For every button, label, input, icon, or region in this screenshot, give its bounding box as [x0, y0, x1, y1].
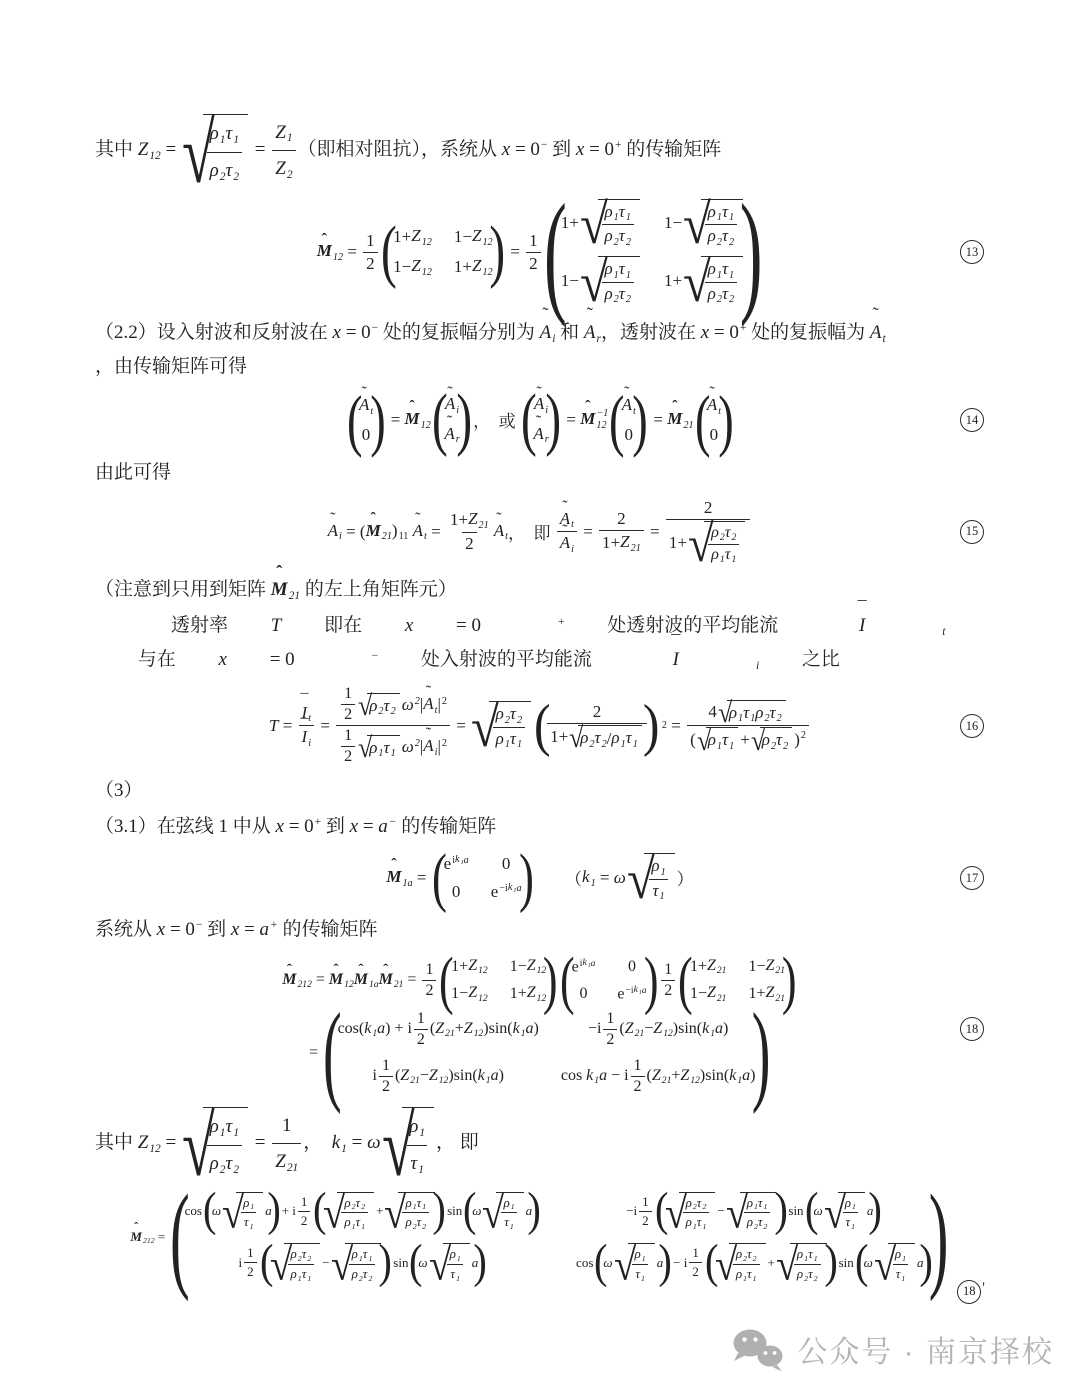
math-token: τ1	[302, 1266, 312, 1283]
math-token: 到	[547, 133, 576, 166]
tilde-accent: ˜	[542, 305, 548, 323]
math-token: ρ2	[344, 1195, 355, 1212]
math-token: 1	[417, 1010, 425, 1028]
math-token: 2	[382, 1078, 390, 1096]
matrix-cell: i12(√ρ2τ2ρ1τ1−√ρ1τ1ρ2τ2)sin(ω√ρ1τ1a)	[238, 1243, 488, 1282]
hat-accent: ˆ	[134, 1221, 138, 1233]
equation-13-content: Mˆ12 = 12(1+Z121−Z121−Z121+Z12) = 12(1+√…	[317, 196, 763, 308]
math-token: A˜i	[423, 736, 437, 758]
tilde-accent: ˜	[415, 511, 420, 527]
math-token: Z12	[468, 984, 488, 1003]
math-token: Mˆ12	[405, 409, 431, 431]
radical-sign: √	[776, 1242, 798, 1287]
square-root: √ρ2τ2	[751, 727, 792, 752]
math-token: τ2	[226, 154, 240, 188]
paragraph-3-heading: （3）	[95, 774, 985, 807]
paren-group: (eik1a00e−ik1a)	[560, 954, 658, 1007]
fraction: 21+√ρ2τ2/ρ1τ1	[547, 702, 647, 750]
paren-group: (eik1a00e−ik1a)	[432, 851, 534, 905]
math-token: 1	[344, 685, 352, 703]
paren-group: (A˜iA˜r)	[432, 391, 472, 448]
math-token: = 0−	[341, 316, 378, 349]
math-token: k1	[586, 1067, 599, 1086]
radical-sign: √	[384, 1191, 406, 1236]
tilde-accent: ˜	[330, 511, 335, 527]
math-token: =	[386, 410, 404, 430]
right-paren: )	[782, 948, 797, 1013]
equation-label-18: 18	[960, 1017, 985, 1041]
math-token: τ1	[743, 703, 755, 725]
math-token: τ2	[356, 1195, 366, 1212]
math-token: Mˆ12	[329, 971, 354, 990]
radical-sign: √	[824, 1191, 846, 1236]
math-token: ρ1	[611, 728, 625, 750]
math-token: A˜t	[423, 694, 437, 716]
math-token: =	[155, 1229, 169, 1245]
square-root: √ρ1τ1ρ2τ2	[776, 1243, 827, 1282]
math-token: 1+	[450, 510, 468, 530]
math-token: 1	[425, 961, 433, 979]
math-token: ，由传输矩阵可得	[95, 350, 247, 383]
tilde-accent: ˜	[447, 414, 452, 430]
matrix-cell: 1−Z21	[690, 984, 727, 1003]
math-token: Z12	[138, 1126, 161, 1160]
math-token: +	[671, 1067, 680, 1085]
square-root: √ρ1τ1	[627, 853, 675, 902]
math-token: Z12	[653, 1020, 673, 1039]
paren-group: (cos(ω√ρ1τ1a)+ i12(√ρ2τ2ρ1τ1+√ρ1τ1ρ2τ2)s…	[170, 1189, 949, 1286]
math-token: sin	[393, 1255, 408, 1271]
square-root: √ρ1τ1	[358, 735, 399, 760]
math-token: 1	[366, 231, 375, 251]
math-token: τ2	[776, 730, 788, 752]
square-root: √ρ2τ2ρ1τ1	[471, 701, 531, 750]
math-token: τ2	[619, 284, 631, 306]
math-token: 2	[301, 1213, 308, 1229]
equation-18-product-content: Mˆ212 = Mˆ12Mˆ1aMˆ21 = 12(1+Z121−Z121−Z1…	[282, 954, 797, 1007]
math-token: I¯t	[783, 609, 946, 643]
math-token: ρ1	[405, 1195, 416, 1212]
math-token: ρ2	[405, 1214, 416, 1231]
math-token: =	[646, 522, 664, 542]
matrix-cell: 1+√ρ1τ1ρ2τ2	[561, 199, 642, 248]
matrix: 1+Z121−Z121−Z121+Z12	[449, 954, 548, 1007]
math-token: τ2	[510, 704, 522, 726]
math-token: |2	[437, 695, 447, 715]
paren-group: (√ρ2τ2ρ1τ1+√ρ1τ1ρ2τ2)	[313, 1192, 446, 1231]
equation-18-m212-product: Mˆ212 = Mˆ12Mˆ1aMˆ21 = 12(1+Z121−Z121−Z1…	[95, 954, 985, 1007]
tilde-accent: ˜	[587, 305, 593, 323]
math-token: x	[231, 913, 239, 946]
square-root: √ρ1τ1	[382, 1107, 435, 1181]
left-paren: (	[409, 1239, 422, 1287]
math-token: )2	[794, 730, 806, 750]
math-token: |2	[437, 737, 447, 757]
math-token: τ2	[747, 1246, 757, 1263]
math-token: τ2	[758, 1214, 768, 1231]
math-token: τ2	[808, 1266, 818, 1283]
equation-label-18-prime: 18'	[957, 1280, 985, 1304]
math-token: 1	[692, 1245, 699, 1261]
math-token: +	[376, 1203, 383, 1219]
math-token: τ1	[226, 117, 240, 151]
math-token: +	[768, 1255, 775, 1271]
math-token: τ2	[619, 226, 631, 248]
left-paren: (	[170, 1178, 190, 1296]
fraction: 12	[689, 1245, 702, 1280]
right-paren: )	[545, 385, 561, 455]
radical-sign: √	[614, 1242, 636, 1287]
math-token: Z21	[620, 532, 641, 554]
math-token: Z21	[400, 1067, 420, 1086]
tilde-accent: ˜	[709, 385, 714, 401]
equation-15-amplitude-ratio: A˜i = (Mˆ21)11A˜t = 1+Z212A˜t， 即 A˜tA˜i …	[95, 498, 985, 566]
math-token: 2	[344, 748, 352, 766]
math-token: k1	[332, 1126, 347, 1160]
math-token: −	[644, 1020, 653, 1038]
paren-group: (1+Z121−Z121−Z121+Z12)	[381, 223, 505, 280]
math-token: τ1	[758, 1195, 768, 1212]
square-root: √ρ2τ2/ρ1τ1	[569, 725, 642, 750]
tilde-accent: ˜	[562, 523, 567, 539]
math-token: τ1	[626, 728, 638, 750]
equation-17-content: Mˆ1a = (eik1a00e−ik1a)（k1 = ω√ρ1τ1）	[386, 851, 693, 905]
right-paren: )	[267, 1188, 280, 1236]
math-token: 2	[593, 702, 602, 722]
math-token: k1	[634, 984, 642, 996]
math-token: =	[161, 1126, 181, 1159]
math-token: 0	[452, 882, 461, 902]
radical-sign: √	[482, 1191, 504, 1236]
math-token: 系统从	[95, 913, 157, 946]
right-paren: )	[528, 1188, 541, 1236]
radical-sign: √	[683, 198, 711, 254]
math-token: 4	[708, 702, 717, 722]
math-token: 之比	[759, 643, 840, 676]
document-page: 其中 Z12 = √ρ1τ1ρ2τ2 = Z1Z2（即相对阻抗），系统从 x =…	[0, 0, 1080, 1286]
math-token: =	[309, 1044, 322, 1062]
radical-sign: √	[627, 852, 655, 908]
math-token: 0	[580, 985, 588, 1003]
math-token: =	[250, 1126, 270, 1159]
radical-sign: √	[688, 519, 714, 571]
paren-group: (ω√ρ1τ1a)	[594, 1243, 672, 1282]
matrix-cell: e−ik1a	[491, 882, 522, 902]
bar-accent: ¯	[300, 718, 308, 734]
math-token: x	[333, 316, 341, 349]
math-token: I¯i	[597, 643, 760, 677]
matrix-cell: 0	[502, 854, 511, 874]
math-token: 1	[282, 1109, 292, 1142]
left-paren: (	[594, 1239, 607, 1287]
math-token: Mˆ21	[379, 971, 404, 990]
fraction: 4√ρ1τ1ρ2τ2(√ρ1τ1+√ρ2τ2)2	[687, 700, 809, 752]
hat-accent: ˆ	[585, 399, 590, 415]
math-token: A˜t	[870, 316, 886, 350]
math-token: 1	[634, 1057, 642, 1075]
math-token: ，	[303, 1126, 332, 1159]
math-token: τ1	[244, 1214, 254, 1231]
math-token: ρ2	[797, 1266, 808, 1283]
math-token: ) + i	[385, 1020, 412, 1038]
math-token: 1+	[510, 985, 527, 1003]
math-token: k1	[729, 1067, 742, 1086]
right-paren: )	[751, 997, 770, 1109]
math-token: −i	[588, 1020, 601, 1038]
equation-16-transmittance: T = I¯tI¯i = 12√ρ2τ2ω2|A˜t|212√ρ1τ1ω2|A˜…	[95, 685, 985, 766]
math-token: τ1	[846, 1214, 856, 1231]
math-token: 1+	[669, 533, 687, 553]
tilde-accent: ˜	[873, 305, 879, 323]
left-paren: (	[203, 1188, 216, 1236]
right-paren: )	[489, 217, 505, 287]
math-token: − i	[607, 1067, 628, 1085]
math-token: sin	[788, 1203, 803, 1219]
square-root: √ρ2τ2ρ1τ1	[665, 1192, 716, 1231]
math-token: =	[596, 868, 614, 888]
math-token: Z21	[652, 1067, 672, 1086]
paren-group: (1+√ρ1τ1ρ2τ21−√ρ1τ1ρ2τ21−√ρ1τ1ρ2τ21+√ρ1τ…	[544, 196, 763, 308]
math-token: （3.1）在弦线 1 中从	[95, 810, 276, 843]
math-token: x	[157, 913, 165, 946]
matrix: eik1a00e−ik1a	[442, 851, 524, 905]
math-token: 1	[529, 231, 538, 251]
paragraph-3-1-heading: （3.1）在弦线 1 中从 x = 0+ 到 x = a− 的传输矩阵	[95, 810, 985, 843]
math-token: τ1	[619, 202, 631, 224]
equation-label-15: 15	[960, 520, 985, 544]
math-token: 0	[502, 854, 511, 874]
math-token: 0	[710, 425, 719, 445]
math-token: 1+	[454, 257, 472, 277]
square-root: √ρ1τ1	[482, 1192, 523, 1231]
right-paren: )	[774, 1188, 787, 1236]
math-token: Z12	[680, 1067, 700, 1086]
equation-18-result-content: = (cos(k1a) + i12(Z21+Z12)sin(k1a)−i12(Z…	[309, 1007, 771, 1099]
math-token: 处入射波的平均能流	[378, 643, 597, 676]
math-token: 1+	[451, 958, 468, 976]
radical-sign: √	[358, 734, 372, 763]
math-token: 1	[642, 1194, 649, 1210]
math-token: τ2	[722, 226, 734, 248]
math-token: τ2	[697, 1195, 707, 1212]
math-token: τ2	[226, 1147, 240, 1181]
paren-group: (ω√ρ1τ1a)	[203, 1192, 281, 1231]
radical-sign: √	[874, 1242, 896, 1287]
math-token: τ1	[510, 729, 522, 751]
math-token: 2	[642, 1213, 649, 1229]
math-token: = 0−	[227, 643, 378, 676]
math-token: 其中	[95, 133, 138, 166]
fraction: I¯tI¯i	[299, 703, 315, 749]
math-token: =	[278, 716, 296, 736]
math-token: ，透射波在	[601, 316, 701, 349]
math-token: 2	[704, 498, 713, 518]
math-token: + i	[282, 1203, 296, 1219]
math-token: =	[452, 716, 470, 736]
square-root: √ρ1τ1ρ2τ2	[580, 256, 640, 305]
math-token: 1	[664, 961, 672, 979]
math-token: k1	[702, 1020, 715, 1039]
math-token: τ1	[504, 1214, 514, 1231]
math-token: A˜t	[413, 521, 427, 543]
hat-accent: ˆ	[322, 232, 327, 248]
math-token: 2	[692, 1264, 699, 1280]
left-paren: (	[439, 948, 454, 1013]
math-token: +	[455, 1020, 464, 1038]
square-root: √ρ2τ2ρ1τ1	[688, 521, 745, 566]
math-token: （注意到只用到矩阵	[95, 573, 271, 606]
square-root: √ρ2τ2ρ1τ1	[323, 1192, 374, 1231]
paragraph-z12-k1: 其中 Z12 = √ρ1τ1ρ2τ2 = 1Z21， k1 = ω√ρ1τ1， …	[95, 1107, 985, 1181]
equation-14-content: (A˜t0) = Mˆ12(A˜iA˜r)， 或 (A˜iA˜r) = Mˆ−1…	[346, 391, 735, 448]
square-root: √ρ2τ2ρ1τ1	[715, 1243, 766, 1282]
math-token: 2	[247, 1264, 254, 1280]
math-token: 1−	[748, 958, 765, 976]
math-token: τ2	[725, 524, 737, 543]
math-token: eik1a	[572, 957, 596, 976]
math-token: k1	[364, 1020, 377, 1039]
math-token: 2	[465, 534, 474, 554]
watermark-text: 公众号 · 南京择校	[797, 1327, 1054, 1371]
right-paren: )	[718, 386, 733, 454]
math-token: τ1	[896, 1266, 906, 1283]
math-token: ， 即	[508, 519, 555, 544]
right-paren: )	[643, 697, 660, 756]
math-token: sin(	[489, 1020, 513, 1038]
math-token: ρ1	[797, 1246, 808, 1263]
tilde-accent: ˜	[426, 684, 431, 700]
equation-13-transfer-matrix: Mˆ12 = 12(1+Z121−Z121−Z121+Z12) = 12(1+√…	[95, 196, 985, 308]
square-root: √ρ1τ1ρ2τ2	[683, 256, 743, 305]
math-token: =	[250, 133, 270, 166]
math-token: 到	[321, 810, 350, 843]
equation-label-13: 13	[960, 240, 985, 264]
paren-group: (√ρ2τ2ρ1τ1+√ρ1τ1ρ2τ2)	[705, 1243, 838, 1282]
matrix-cell: 1+Z21	[690, 957, 727, 976]
math-token: 1+	[602, 533, 620, 553]
square-root: √ρ1τ1	[429, 1243, 470, 1282]
right-paren: )	[824, 1239, 837, 1287]
radical-sign: √	[726, 1191, 748, 1236]
math-token: a	[715, 1020, 723, 1038]
math-token: τ1	[722, 202, 734, 224]
paragraph-system-transfer: 系统从 x = 0− 到 x = a+ 的传输矩阵	[95, 913, 985, 946]
hat-accent: ˆ	[287, 962, 292, 977]
equation-label-16: 16	[960, 714, 985, 738]
math-token: 的左上角矩阵元）	[300, 573, 457, 606]
tilde-accent: ˜	[496, 511, 501, 527]
right-paren: )	[456, 385, 472, 455]
right-paren: )	[659, 1239, 672, 1287]
math-token: 1−	[664, 213, 682, 233]
math-token: sin(	[454, 1067, 478, 1085]
math-token: Z12	[429, 1067, 449, 1086]
fraction: 12	[379, 1057, 393, 1096]
math-token: τ1	[363, 1246, 373, 1263]
square-root: √ρ1τ1ρ2τ2	[580, 199, 640, 248]
left-paren: (	[855, 1239, 868, 1287]
math-token: Z12	[464, 1020, 484, 1039]
fraction: 12	[363, 231, 378, 274]
math-token: 处的复振幅分别为	[378, 316, 540, 349]
math-token: τ1	[619, 259, 631, 281]
paren-group: (ω√ρ1τ1a)	[805, 1192, 883, 1231]
math-token: τ2	[770, 703, 782, 725]
math-token: sin(	[678, 1020, 702, 1038]
math-token: τ2	[384, 696, 396, 718]
hat-accent: ˆ	[276, 563, 282, 581]
math-token: τ2	[594, 728, 606, 750]
fraction: 12√ρ2τ2ω2|A˜t|212√ρ1τ1ω2|A˜i|2	[336, 685, 450, 766]
matrix-cell: 1−Z21	[748, 957, 785, 976]
fraction: 12	[526, 231, 541, 274]
math-token: 1	[301, 1194, 308, 1210]
bar-accent: ¯	[300, 693, 308, 709]
bar-accent: ¯	[633, 633, 680, 651]
matrix-cell: 1+Z12	[451, 957, 488, 976]
math-token: x	[367, 609, 413, 642]
matrix-cell: −i12(√ρ2τ2ρ1τ1−√ρ1τ1ρ2τ2)sin(ω√ρ1τ1a)	[626, 1192, 883, 1231]
math-token: Z21	[275, 1145, 298, 1179]
math-token: τ1	[417, 1195, 427, 1212]
matrix-cell: 0	[710, 425, 719, 445]
wechat-icon	[729, 1326, 787, 1372]
math-token: τ2	[363, 1266, 373, 1283]
math-token: =	[343, 242, 361, 262]
math-token: ）	[677, 865, 694, 890]
math-token: 1−	[451, 985, 468, 1003]
square-root: √ρ1τ1ρ2τ2	[331, 1243, 382, 1282]
math-token: =	[312, 971, 329, 989]
left-paren: (	[381, 217, 397, 287]
math-token: )	[499, 1067, 504, 1085]
math-token: Mˆ1a	[386, 867, 412, 889]
math-token: cos	[561, 1067, 586, 1085]
math-token: k1	[513, 1020, 526, 1039]
math-token: eik1a	[444, 854, 469, 874]
left-paren: (	[323, 997, 342, 1109]
math-token: =	[358, 810, 378, 843]
math-token: =	[649, 410, 667, 430]
hat-accent: ˆ	[409, 399, 414, 415]
square-root: √ρ1τ1	[874, 1243, 915, 1282]
math-token: ω	[367, 1126, 380, 1159]
radical-sign: √	[715, 1242, 737, 1287]
left-paren: (	[463, 1188, 476, 1236]
math-token: 2	[417, 1031, 425, 1049]
math-token: = 0−	[165, 913, 202, 946]
left-paren: (	[534, 697, 551, 756]
tilde-accent: ˜	[562, 499, 567, 515]
right-paren: )	[633, 386, 648, 454]
math-token: a	[599, 1067, 607, 1085]
math-token: Mˆ212	[282, 971, 312, 990]
math-token: Z12	[411, 256, 432, 278]
square-root: √ρ1τ1ρ2τ2	[683, 199, 743, 248]
square-root: √ρ1τ1ρ2τ2	[182, 1107, 248, 1181]
math-token: 1+	[664, 271, 682, 291]
matrix-cell: 1+√ρ1τ1ρ2τ2	[664, 256, 745, 305]
math-token: 透射率	[133, 609, 233, 642]
fraction: 1+Z212	[447, 509, 492, 554]
paren-group: (21+√ρ2τ2/ρ1τ1)	[534, 702, 660, 750]
radical-sign: √	[718, 699, 732, 728]
math-token: I¯i	[302, 727, 312, 749]
math-token: 1	[247, 1245, 254, 1261]
hat-accent: ˆ	[391, 857, 396, 873]
fraction: 21+√ρ2τ2ρ1τ1	[666, 498, 751, 566]
math-token: τ1	[725, 546, 737, 565]
